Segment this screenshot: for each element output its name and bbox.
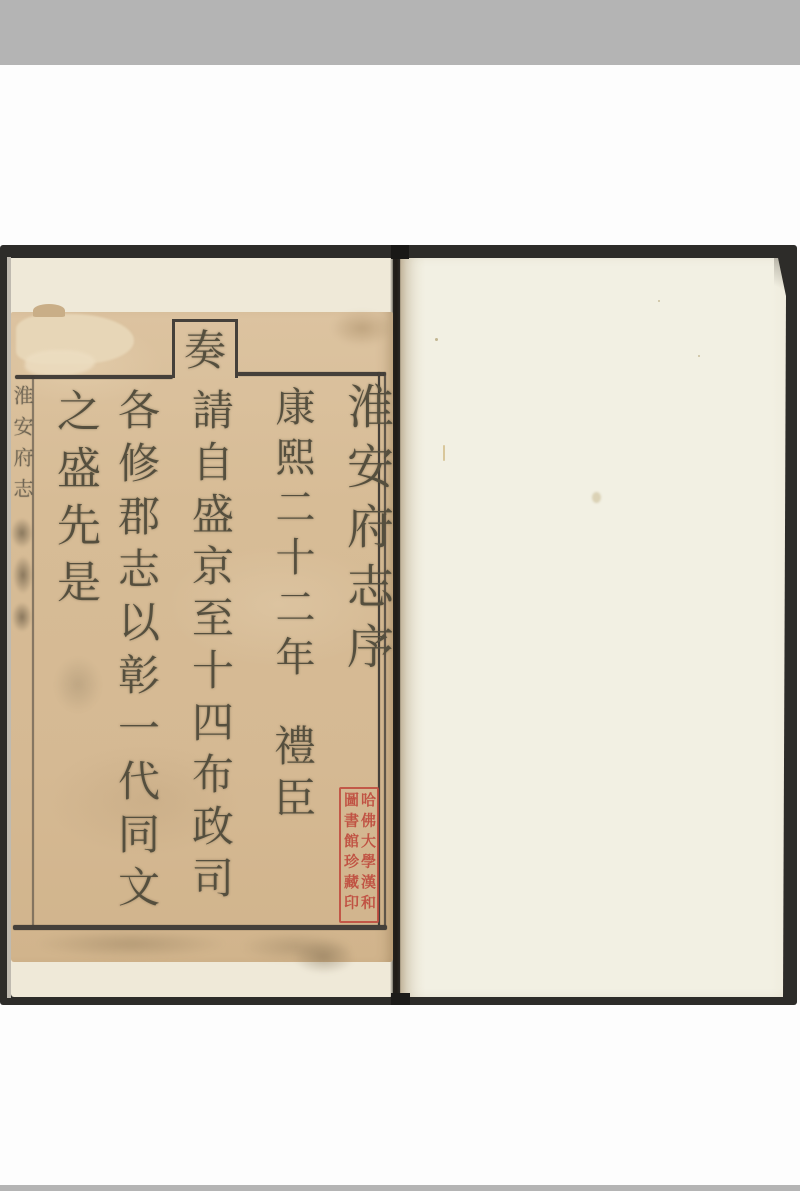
paper-streak [443,445,445,461]
paper-stain [592,492,601,503]
text-column-3: 請自盛京至十四布政司 [180,388,240,908]
frame-bottom-line [13,925,387,930]
column-2-date: 康熙二十二年 [269,386,315,686]
paper-speck [698,355,700,357]
seal-column-left: 圖書館珍藏印 [342,792,359,915]
torn-paper-patch [25,350,95,376]
left-page-preface: 奏 淮安府志序 康熙二十二年禮臣 請自盛京至十四布政司 各修郡志以彰一代同文 之… [11,312,393,962]
bottom-stain [293,940,355,974]
corner-stain [331,310,393,346]
gutter-notch-top [391,245,409,259]
paper-speck [435,338,438,341]
bottom-stain [36,930,226,958]
frame-top-line-left [15,375,173,379]
scan-canvas: 奏 淮安府志序 康熙二十二年禮臣 請自盛京至十四布政司 各修郡志以彰一代同文 之… [0,0,800,1191]
faint-stain [55,657,101,712]
paper-speck [658,300,660,302]
seal-column-right: 哈佛大學漢和 [359,792,376,915]
column-2-officials: 禮臣 [268,724,317,828]
paper-edge-bump [33,304,65,317]
raised-char-box: 奏 [172,319,238,378]
right-page-blank [400,258,786,997]
text-column-4: 各修郡志以彰一代同文 [106,388,166,918]
raised-char-zou: 奏 [175,322,235,378]
spine-label-mark [12,602,32,632]
library-seal: 哈佛大學漢和 圖書館珍藏印 [339,787,379,923]
spine-label: 淮安府志 [8,385,37,509]
spine-label-mark [11,518,33,548]
book-cover: 奏 淮安府志序 康熙二十二年禮臣 請自盛京至十四布政司 各修郡志以彰一代同文 之… [0,245,797,1005]
dogear-fold [774,258,786,300]
text-column-5: 之盛先是 [42,388,106,616]
text-column-2: 康熙二十二年禮臣 [262,386,322,828]
gutter-notch-bottom [391,993,410,1005]
frame-top-line-right [237,372,386,376]
title-column: 淮安府志序 [333,382,400,682]
spine-label-mark [13,556,33,594]
